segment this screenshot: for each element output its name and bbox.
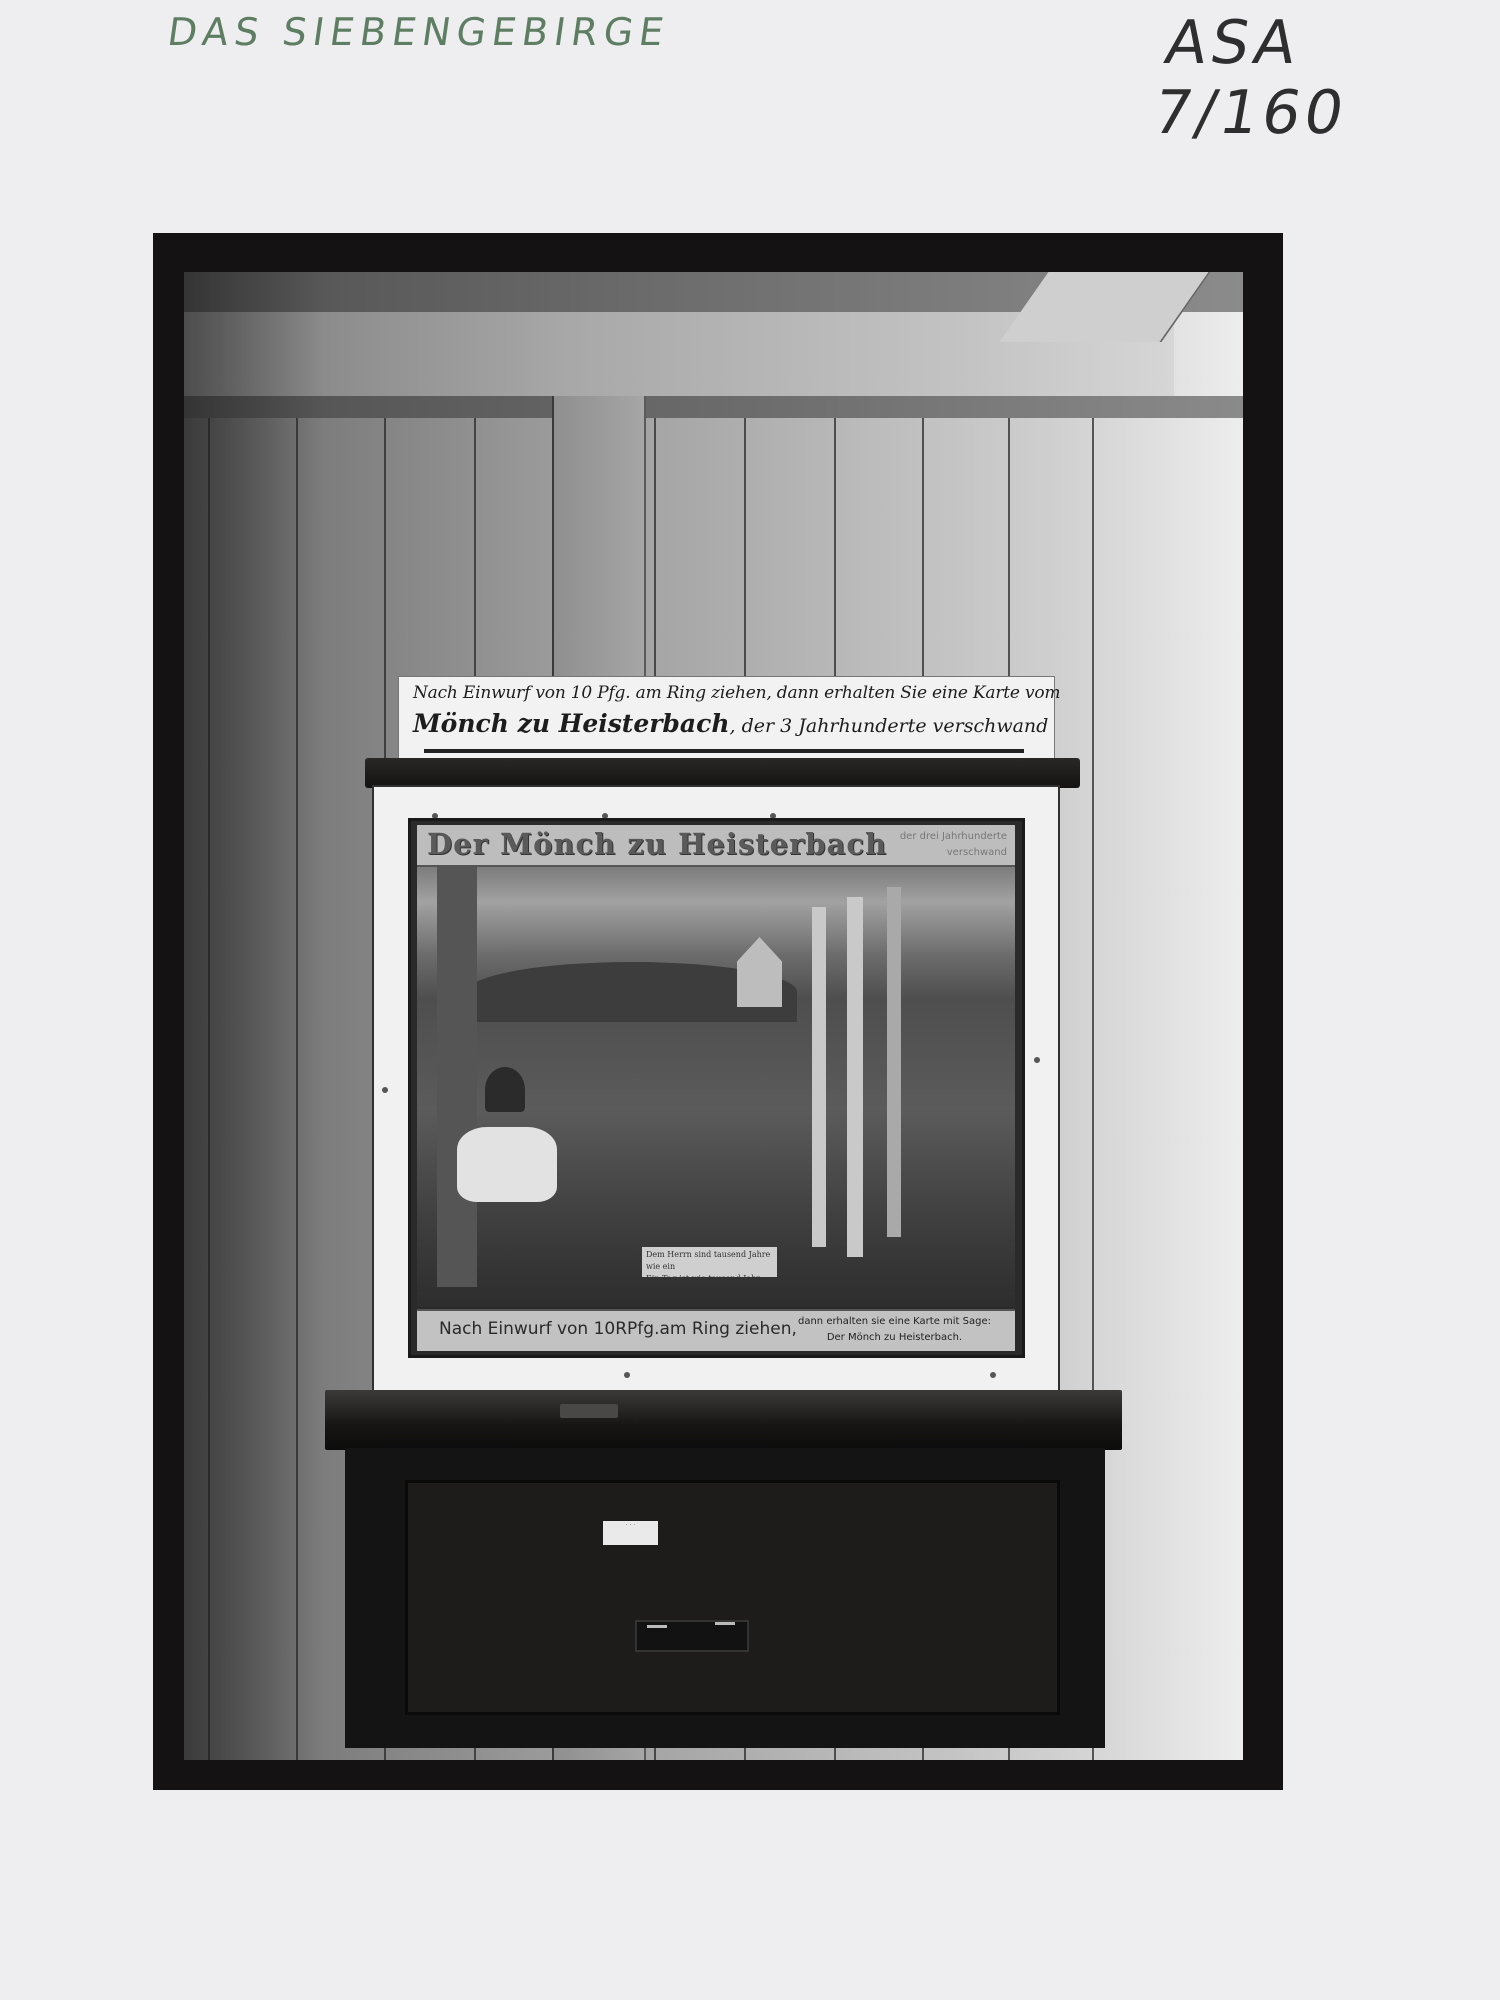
case-top-molding bbox=[365, 758, 1080, 788]
cabinet-door-panel bbox=[405, 1480, 1060, 1715]
screw bbox=[990, 1372, 996, 1378]
cabinet-latch bbox=[560, 1404, 618, 1418]
monk-figure bbox=[457, 1067, 547, 1307]
screw bbox=[624, 1372, 630, 1378]
top-sign: Nach Einwurf von 10 Pfg. am Ring ziehen,… bbox=[398, 676, 1055, 760]
screw bbox=[1034, 1057, 1040, 1063]
sign-line-2-bold: Mönch zu Heisterbach bbox=[413, 709, 730, 738]
diorama-window: Der Mönch zu Heisterbach der drei Jahrhu… bbox=[408, 818, 1025, 1358]
monk-hood bbox=[485, 1067, 525, 1112]
side-text-line: verschwand bbox=[900, 845, 1007, 861]
cabinet-top bbox=[325, 1390, 1122, 1450]
abbey-chapel bbox=[737, 937, 782, 1007]
handwritten-caption: DAS SIEBENGEBIRGE bbox=[165, 10, 672, 54]
sign-line-1: Nach Einwurf von 10 Pfg. am Ring ziehen,… bbox=[413, 683, 1040, 703]
monk-cape bbox=[457, 1127, 557, 1202]
card-line: Der Mönch zu Heisterbach. bbox=[798, 1330, 991, 1346]
sign-underline bbox=[424, 749, 1024, 753]
birch-trunk bbox=[812, 907, 826, 1247]
birch-trunk bbox=[887, 887, 901, 1237]
diorama-title: Der Mönch zu Heisterbach bbox=[427, 827, 887, 861]
diorama-bottom-banner: Nach Einwurf von 10RPfg.am Ring ziehen, … bbox=[417, 1309, 1015, 1351]
sign-line-2: Mönch zu Heisterbach, der 3 Jahrhunderte… bbox=[413, 709, 1040, 738]
sign-line-2-rest: , der 3 Jahrhunderte verschwand bbox=[730, 715, 1049, 737]
diorama-title-side: der drei Jahrhunderte verschwand bbox=[900, 829, 1007, 861]
scene-plaque: Dem Herrn sind tausend Jahre wie ein Ein… bbox=[642, 1247, 777, 1277]
card-dispenser-slot bbox=[635, 1620, 749, 1652]
beam-shadow bbox=[184, 396, 1243, 418]
painted-landscape: Dem Herrn sind tausend Jahre wie ein Ein… bbox=[417, 867, 1015, 1307]
plaque-line: Dem Herrn sind tausend Jahre wie ein bbox=[646, 1249, 773, 1273]
card-instruction: dann erhalten sie eine Karte mit Sage: D… bbox=[798, 1314, 991, 1346]
cabinet-label-plate: · · · bbox=[603, 1521, 658, 1545]
card-line: dann erhalten sie eine Karte mit Sage: bbox=[798, 1314, 991, 1330]
shadow bbox=[184, 272, 324, 1760]
plaque-line: Ein Tag ist wie tausend Jahr. bbox=[646, 1273, 773, 1285]
birch-trunk bbox=[847, 897, 863, 1257]
coin-instruction: Nach Einwurf von 10RPfg.am Ring ziehen, bbox=[439, 1319, 797, 1339]
screw bbox=[382, 1087, 388, 1093]
archive-number: ASA 7/160 bbox=[1148, 8, 1500, 148]
side-text-line: der drei Jahrhunderte bbox=[900, 829, 1007, 845]
diorama-title-banner: Der Mönch zu Heisterbach der drei Jahrhu… bbox=[417, 825, 1015, 867]
